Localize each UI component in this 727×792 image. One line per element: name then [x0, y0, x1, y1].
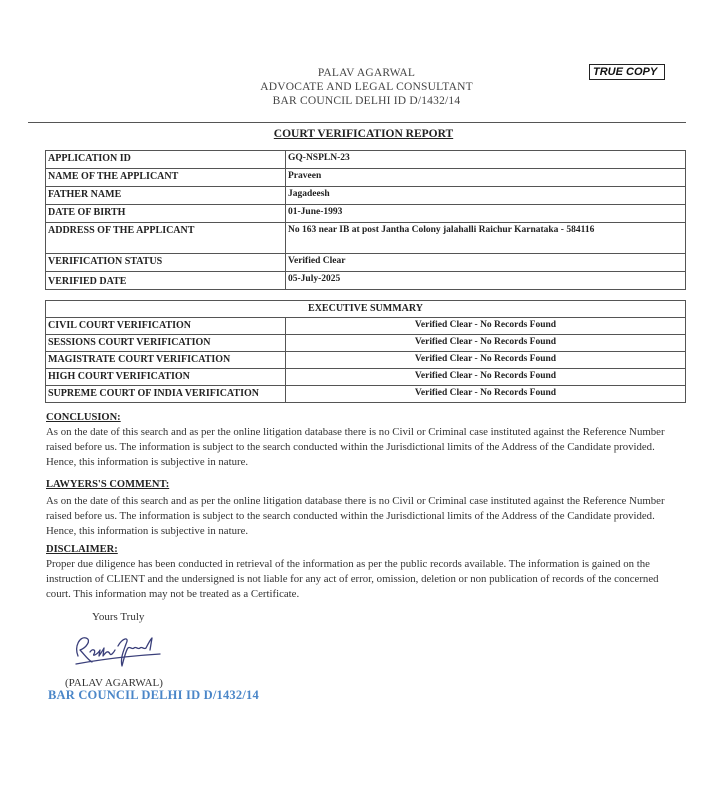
conclusion-section: CONCLUSION: As on the date of this searc… — [46, 410, 686, 470]
row-label: CIVIL COURT VERIFICATION — [46, 318, 286, 335]
row-value: Verified Clear - No Records Found — [286, 335, 686, 352]
executive-summary-table: EXECUTIVE SUMMARY CIVIL COURT VERIFICATI… — [45, 300, 686, 403]
conclusion-heading: CONCLUSION: — [46, 410, 686, 425]
row-value: 05-July-2025 — [286, 272, 686, 290]
row-value: No 163 near IB at post Jantha Colony jal… — [286, 223, 686, 254]
table-row: ADDRESS OF THE APPLICANT No 163 near IB … — [46, 223, 686, 254]
row-label: FATHER NAME — [46, 187, 286, 205]
row-label: APPLICATION ID — [46, 151, 286, 169]
row-label: SESSIONS COURT VERIFICATION — [46, 335, 286, 352]
row-label: MAGISTRATE COURT VERIFICATION — [46, 352, 286, 369]
summary-header-row: EXECUTIVE SUMMARY — [46, 301, 686, 318]
lawyers-comment-section: LAWYERS'S COMMENT: As on the date of thi… — [46, 477, 686, 539]
table-row: HIGH COURT VERIFICATION Verified Clear -… — [46, 369, 686, 386]
table-row: VERIFICATION STATUS Verified Clear — [46, 254, 686, 272]
lawyers-comment-heading: LAWYERS'S COMMENT: — [46, 477, 686, 492]
table-row: MAGISTRATE COURT VERIFICATION Verified C… — [46, 352, 686, 369]
true-copy-stamp: TRUE COPY — [589, 64, 665, 80]
row-value: Jagadeesh — [286, 187, 686, 205]
row-label: SUPREME COURT OF INDIA VERIFICATION — [46, 386, 286, 403]
signature-image — [68, 628, 168, 673]
row-value: Verified Clear - No Records Found — [286, 318, 686, 335]
table-row: SESSIONS COURT VERIFICATION Verified Cle… — [46, 335, 686, 352]
row-value: Verified Clear — [286, 254, 686, 272]
closing-text: Yours Truly — [92, 611, 144, 623]
conclusion-text: As on the date of this search and as per… — [46, 425, 686, 470]
table-row: SUPREME COURT OF INDIA VERIFICATION Veri… — [46, 386, 686, 403]
row-value: GQ-NSPLN-23 — [286, 151, 686, 169]
applicant-details-table: APPLICATION ID GQ-NSPLN-23 NAME OF THE A… — [45, 150, 686, 290]
row-label: VERIFIED DATE — [46, 272, 286, 290]
row-value: Verified Clear - No Records Found — [286, 369, 686, 386]
row-label: ADDRESS OF THE APPLICANT — [46, 223, 286, 254]
table-row: CIVIL COURT VERIFICATION Verified Clear … — [46, 318, 686, 335]
row-value: Praveen — [286, 169, 686, 187]
row-value: Verified Clear - No Records Found — [286, 352, 686, 369]
table-row: DATE OF BIRTH 01-June-1993 — [46, 205, 686, 223]
disclaimer-text: Proper due diligence has been conducted … — [46, 557, 686, 602]
table-row: APPLICATION ID GQ-NSPLN-23 — [46, 151, 686, 169]
table-row: FATHER NAME Jagadeesh — [46, 187, 686, 205]
table-row: VERIFIED DATE 05-July-2025 — [46, 272, 686, 290]
row-value: Verified Clear - No Records Found — [286, 386, 686, 403]
row-label: DATE OF BIRTH — [46, 205, 286, 223]
disclaimer-heading: DISCLAIMER: — [46, 542, 686, 557]
advocate-designation: ADVOCATE AND LEGAL CONSULTANT — [3, 80, 727, 94]
row-label: VERIFICATION STATUS — [46, 254, 286, 272]
summary-title: EXECUTIVE SUMMARY — [46, 301, 686, 318]
advocate-bar-id: BAR COUNCIL DELHI ID D/1432/14 — [3, 94, 727, 108]
report-title: COURT VERIFICATION REPORT — [0, 128, 727, 140]
lawyers-comment-text: As on the date of this search and as per… — [46, 494, 686, 539]
disclaimer-section: DISCLAIMER: Proper due diligence has bee… — [46, 542, 686, 602]
table-row: NAME OF THE APPLICANT Praveen — [46, 169, 686, 187]
signatory-bar-id: BAR COUNCIL DELHI ID D/1432/14 — [48, 688, 259, 703]
row-value: 01-June-1993 — [286, 205, 686, 223]
header-divider — [28, 122, 686, 123]
row-label: HIGH COURT VERIFICATION — [46, 369, 286, 386]
row-label: NAME OF THE APPLICANT — [46, 169, 286, 187]
